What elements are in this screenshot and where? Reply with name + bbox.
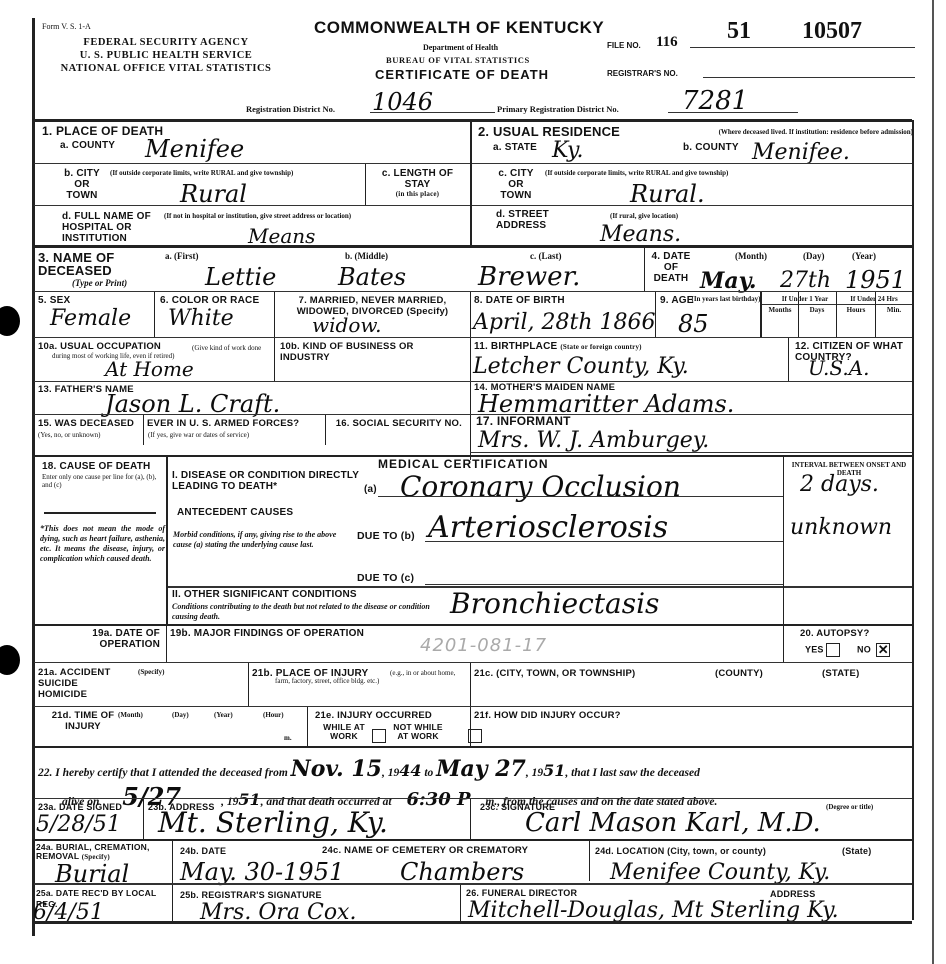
deceased-name-label: 3. NAME OF DECEASED <box>38 251 158 277</box>
dob-value[interactable]: April, 28th 1866 <box>473 310 656 335</box>
armed-forces-label-b: EVER IN U. S. ARMED FORCES? <box>147 418 299 429</box>
autopsy-no-checkbox[interactable]: ✕ <box>876 643 890 657</box>
injury-occurred-label: 21e. INJURY OCCURRED <box>315 710 432 721</box>
residence-city-hint: (If outside corporate limits, write RURA… <box>545 169 865 177</box>
date-of-death-label: 4. DATE OF DEATH <box>650 251 692 284</box>
dob-label: 8. DATE OF BIRTH <box>474 295 565 306</box>
residence-state-value[interactable]: Ky. <box>552 138 584 163</box>
signature-hint: (Degree or title) <box>826 803 873 811</box>
form-right-border <box>932 0 934 964</box>
footnote: *This does not mean the mode of dying, s… <box>40 524 165 564</box>
primary-district-label: Primary Registration District No. <box>497 104 619 114</box>
place-county-label: a. COUNTY <box>60 140 115 151</box>
agency-block: FEDERAL SECURITY AGENCY U. S. PUBLIC HEA… <box>40 36 292 75</box>
informant-label: 17. INFORMANT <box>476 416 571 427</box>
residence-county-label: b. COUNTY <box>683 142 739 153</box>
cause-label: 18. CAUSE OF DEATH <box>42 461 150 472</box>
attended-to-value[interactable]: May 27 <box>436 756 526 782</box>
bureau-label: BUREAU OF VITAL STATISTICS <box>386 55 530 65</box>
injury-city-label: 21c. (CITY, TOWN, OR TOWNSHIP) <box>474 668 635 679</box>
age-under-1-year-header: If Under 1 Year <box>770 295 840 303</box>
certificate-title: CERTIFICATE OF DEATH <box>375 67 549 82</box>
injury-type-label: 21a. ACCIDENT SUICIDE HOMICIDE <box>38 667 123 700</box>
disposition-date-label: 24b. DATE <box>180 846 226 857</box>
punch-hole <box>0 306 20 336</box>
residence-city-value[interactable]: Rural. <box>630 180 705 208</box>
age-days-col: Days <box>800 306 834 314</box>
place-city-value[interactable]: Rural <box>180 180 247 208</box>
dod-day-label: (Day) <box>803 251 825 261</box>
length-of-stay-label: c. LENGTH OF STAY(in this place) <box>370 168 465 198</box>
injury-hour-col: (Hour) <box>263 711 284 719</box>
middle-name-label: b. (Middle) <box>345 251 388 261</box>
location-value[interactable]: Menifee County, Ky. <box>610 860 830 885</box>
location-label: 24d. LOCATION (City, town, or county) <box>595 846 766 857</box>
dod-day-value[interactable]: 27th <box>780 268 831 293</box>
last-name-value[interactable]: Brewer. <box>478 262 580 292</box>
dod-month-label: (Month) <box>735 251 767 261</box>
commonwealth-title: COMMONWEALTH OF KENTUCKY <box>314 18 604 38</box>
injury-place-hint: (e.g., in or about home, farm, factory, … <box>275 669 469 685</box>
marital-value[interactable]: widow. <box>312 313 381 337</box>
birthplace-value[interactable]: Letcher County, Ky. <box>473 354 689 379</box>
race-label: 6. COLOR OR RACE <box>160 295 259 306</box>
place-city-label: b. CITY OR TOWN <box>62 168 102 201</box>
usual-residence-title: 2. USUAL RESIDENCE <box>478 126 620 137</box>
not-while-at-work-option[interactable]: NOT WHILE AT WORK <box>388 723 448 741</box>
middle-name-value[interactable]: Bates <box>338 263 406 291</box>
due-to-b-label: DUE TO (b) <box>357 531 415 542</box>
how-injury-label: 21f. HOW DID INJURY OCCUR? <box>474 710 621 721</box>
while-at-work-option[interactable]: WHILE AT WORK <box>314 723 374 741</box>
operation-findings-label: 19b. MAJOR FINDINGS OF OPERATION <box>170 628 364 639</box>
burial-label: 24a. BURIAL, CREMATION, REMOVAL (Specify… <box>36 843 166 861</box>
part2-hint: Conditions contributing to the death but… <box>172 602 437 622</box>
due-to-c-label: DUE TO (c) <box>357 573 414 584</box>
autopsy-label: 20. AUTOPSY? <box>800 628 869 639</box>
location-state-label: (State) <box>842 846 871 857</box>
first-name-label: a. (First) <box>165 251 199 261</box>
sex-value[interactable]: Female <box>50 306 131 331</box>
dod-year-label: (Year) <box>852 251 876 261</box>
race-value[interactable]: White <box>168 306 234 331</box>
place-county-value[interactable]: Menifee <box>145 135 244 163</box>
usual-residence-hint: (Where deceased lived. If institution: r… <box>668 128 913 136</box>
attended-to-year[interactable]: 51 <box>543 761 565 780</box>
interval-a-value[interactable]: 2 days. <box>800 472 879 497</box>
injury-state-label: (STATE) <box>822 668 859 679</box>
funeral-director-value[interactable]: Mitchell-Douglas, Mt Sterling Ky. <box>468 898 839 923</box>
residence-street-hint: (If rural, give location) <box>610 212 678 220</box>
armed-forces-label-a: 15. WAS DECEASED <box>38 418 146 429</box>
injury-type-hint: (Specify) <box>138 668 164 676</box>
part2-label: II. OTHER SIGNIFICANT CONDITIONS <box>172 589 357 600</box>
file-no-year: 51 <box>727 18 751 45</box>
residence-state-label: a. STATE <box>493 142 537 153</box>
age-min-col: Min. <box>877 306 911 314</box>
line-a-label: (a) <box>364 484 377 495</box>
signature-value[interactable]: Carl Mason Karl, M.D. <box>525 808 821 838</box>
file-no-label: FILE NO. <box>607 41 641 50</box>
armed-forces-hint-war: (If yes, give war or dates of service) <box>148 431 249 439</box>
cause-hint: Enter only one cause per line for (a), (… <box>42 473 162 489</box>
citizen-value[interactable]: U.S.A. <box>808 356 870 380</box>
residence-street-label: d. STREET ADDRESS <box>496 209 556 231</box>
part2-value[interactable]: Bronchiectasis <box>450 587 659 620</box>
medical-cert-title: MEDICAL CERTIFICATION <box>378 459 549 470</box>
line-b-value[interactable]: Arteriosclerosis <box>428 510 668 545</box>
first-name-value[interactable]: Lettie <box>205 263 276 291</box>
interval-b-value[interactable]: unknown <box>790 515 892 540</box>
autopsy-yes-checkbox[interactable] <box>826 643 840 657</box>
agency-line: FEDERAL SECURITY AGENCY <box>40 36 292 49</box>
armed-forces-hint-yesno: (Yes, no, or unknown) <box>38 431 100 439</box>
deceased-name-hint: (Type or Print) <box>72 278 127 288</box>
part1-label: I. DISEASE OR CONDITION DIRECTLY LEADING… <box>172 470 367 492</box>
cemetery-value[interactable]: Chambers <box>400 858 524 886</box>
operation-date-label: 19a. DATE OF OPERATION <box>40 628 160 650</box>
ssn-label: 16. SOCIAL SECURITY NO. <box>330 418 462 429</box>
age-months-col: Months <box>763 306 797 314</box>
date-signed-value[interactable]: 5/28/51 <box>36 812 121 837</box>
injury-year-col: (Year) <box>214 711 233 719</box>
agency-line: NATIONAL OFFICE VITAL STATISTICS <box>40 62 292 75</box>
residence-county-value[interactable]: Menifee. <box>752 140 850 165</box>
punch-hole <box>0 645 20 675</box>
age-hours-col: Hours <box>838 306 874 314</box>
registration-district-label: Registration District No. <box>246 104 335 114</box>
line-a-value[interactable]: Coronary Occlusion <box>400 470 681 503</box>
age-hint: (In years last birthday) <box>690 295 762 303</box>
business-label: 10b. KIND OF BUSINESS OR INDUSTRY <box>280 341 465 363</box>
injury-time-label: 21d. TIME OF INJURY <box>38 710 128 732</box>
signer-address-value[interactable]: Mt. Sterling, Ky. <box>158 806 388 839</box>
agency-line: U. S. PUBLIC HEALTH SERVICE <box>40 49 292 62</box>
form-number: Form V. S. 1-A <box>42 22 91 31</box>
injury-day-col: (Day) <box>172 711 189 719</box>
attended-from-value[interactable]: Nov. 15 <box>291 756 382 782</box>
attended-from-year[interactable]: 44 <box>399 761 421 780</box>
place-city-hint: (If outside corporate limits, write RURA… <box>110 169 360 177</box>
hospital-label: d. FULL NAME OF HOSPITAL OR INSTITUTION <box>62 211 162 244</box>
sex-label: 5. SEX <box>38 295 70 306</box>
while-at-work-checkbox[interactable] <box>372 729 386 743</box>
registrar-no-label: REGISTRAR'S NO. <box>607 69 678 78</box>
residence-street-value[interactable]: Means. <box>600 222 681 247</box>
injury-m: m. <box>284 734 292 742</box>
antecedent-label: ANTECEDENT CAUSES <box>177 507 293 518</box>
autopsy-yes[interactable]: YES <box>805 643 840 657</box>
antecedent-hint: Morbid conditions, if any, giving rise t… <box>173 530 345 550</box>
occupation-value[interactable]: At Home <box>105 357 194 381</box>
age-under-24-hrs-header: If Under 24 Hrs <box>838 295 910 303</box>
stamp-number: 4201-081-17 <box>420 635 547 656</box>
hospital-hint: (If not in hospital or institution, give… <box>164 212 454 220</box>
department-label: Department of Health <box>423 43 498 52</box>
birthplace-label: 11. BIRTHPLACE (State or foreign country… <box>474 341 642 352</box>
last-name-label: c. (Last) <box>530 251 562 261</box>
cemetery-label: 24c. NAME OF CEMETERY OR CREMATORY <box>322 845 528 856</box>
file-no-prefix: 116 <box>656 34 678 51</box>
dod-year-value[interactable]: 1951 <box>845 266 906 294</box>
age-value[interactable]: 85 <box>678 310 709 338</box>
residence-city-label: c. CITY OR TOWN <box>496 168 536 201</box>
informant-value[interactable]: Mrs. W. J. Amburgey. <box>478 428 709 453</box>
certification-line-1: 22. I hereby certify that I attended the… <box>38 756 700 782</box>
injury-county-label: (COUNTY) <box>715 668 763 679</box>
disposition-date-value[interactable]: May. 30-1951 <box>180 858 344 886</box>
autopsy-no[interactable]: NO ✕ <box>857 643 890 657</box>
age-label: 9. AGE <box>660 295 694 306</box>
file-no-number: 10507 <box>802 18 862 45</box>
injury-month-col: (Month) <box>118 711 143 719</box>
